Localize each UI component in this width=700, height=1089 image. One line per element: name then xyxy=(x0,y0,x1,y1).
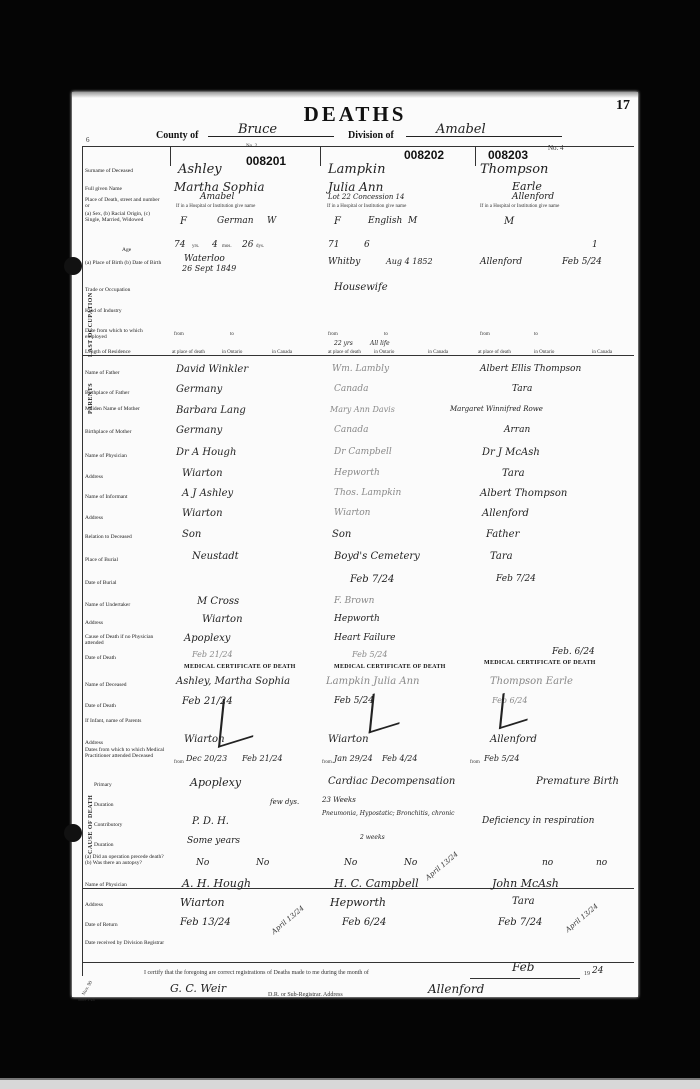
label-relation: Relation to Deceased xyxy=(85,534,165,540)
certification-text: I certify that the foregoing are correct… xyxy=(144,970,369,976)
informant-address-value: Wiarton xyxy=(334,508,370,518)
father-value: Albert Ellis Thompson xyxy=(480,364,581,374)
place-of-death-value: Lot 22 Concession 14 xyxy=(328,193,404,201)
label-employed: Date from which to which employed xyxy=(85,328,165,340)
label-received: Date received by Division Registrar xyxy=(85,940,165,946)
physician-value: Dr J McAsh xyxy=(482,447,540,458)
label-sign-physician: Name of Physician xyxy=(85,882,165,888)
informant-value: A J Ashley xyxy=(182,488,233,499)
certificate-stamp: April 13/24 xyxy=(564,902,600,934)
mc-name-value: Lampkin Julia Ann xyxy=(326,676,419,687)
label-sex-race: (a) Sex, (b) Racial Origin, (c) Single, … xyxy=(85,211,165,223)
label-industry: Kind of Industry xyxy=(85,308,165,314)
grid-left-line xyxy=(82,146,83,976)
burial-place-value: Tara xyxy=(490,551,513,562)
label-full-name: Full given Name xyxy=(85,186,165,192)
month-line xyxy=(470,978,580,979)
residence-canada-label: in Canada xyxy=(272,350,292,355)
residence-ontario-value: All life xyxy=(370,340,390,347)
contributory-cause-value: Pneumonia, Hypostatic; Bronchitis, chron… xyxy=(322,810,472,817)
mother-value: Margaret Winnifred Rowe xyxy=(450,405,543,413)
registration-number: 008201 xyxy=(246,154,286,168)
mc-to-value: Feb 4/24 xyxy=(382,754,417,763)
record-no-label: No. 4 xyxy=(548,144,564,152)
label-return-date: Date of Return xyxy=(85,922,165,928)
birth-place-value: Whitby xyxy=(328,257,360,267)
status-value: M xyxy=(408,216,417,226)
unit-label: dys. xyxy=(256,244,264,249)
checkmark-icon xyxy=(499,685,531,730)
given-name-value: Julia Ann xyxy=(328,180,383,194)
residence-place-label: at place of death xyxy=(328,350,361,355)
informant-value: Thos. Lampkin xyxy=(334,488,401,498)
mc-name-value: Ashley, Martha Sophia xyxy=(176,676,290,687)
label-informant-address: Address xyxy=(85,515,165,521)
return-date-value: Feb 7/24 xyxy=(498,917,542,928)
sex-value: M xyxy=(504,216,514,227)
residence-place-label: at place of death xyxy=(478,350,511,355)
age-days-value: 1 xyxy=(592,240,598,250)
death-register-page: DEATHS 17 6 County of Bruce Division of … xyxy=(72,92,638,997)
label-father: Name of Father xyxy=(85,370,165,376)
hospital-note: If in a Hospital or Institution give nam… xyxy=(176,204,255,209)
race-value: English xyxy=(368,216,402,226)
label-duration2: Duration xyxy=(94,842,174,848)
primary-cause-value: Cardiac Decompensation xyxy=(328,776,455,787)
sign-physician-value: A. H. Hough xyxy=(182,877,251,890)
residence-place-value: 22 yrs xyxy=(334,340,353,347)
birth-date-value: 26 Sept 1849 xyxy=(182,264,236,273)
from-label: from xyxy=(328,332,338,337)
sign-address-value: Hepworth xyxy=(330,896,386,909)
label-sign-address: Address xyxy=(85,902,165,908)
place-of-death-value: Allenford xyxy=(512,192,554,202)
page-number: 17 xyxy=(616,98,630,114)
address-line xyxy=(390,998,530,999)
informant-address-value: Allenford xyxy=(482,508,529,519)
sign-physician-value: H. C. Campbell xyxy=(334,877,419,890)
father-birthplace-value: Germany xyxy=(176,384,222,395)
age-months-value: 6 xyxy=(364,240,370,250)
label-undertaker-address: Address xyxy=(85,620,165,626)
operation-value: no xyxy=(542,858,553,868)
age-years-value: 71 xyxy=(328,240,339,250)
birth-date-value: Aug 4 1852 xyxy=(386,257,433,266)
label-father-birthplace: Birthplace of Father xyxy=(85,390,165,396)
mother-birthplace-value: Canada xyxy=(334,425,369,435)
certificate-stamp: April 13/24 xyxy=(270,904,306,936)
contributory-cause-value: Deficiency in respiration xyxy=(482,816,594,826)
autopsy-value: no xyxy=(596,858,607,868)
certificate-stamp: April 13/24 xyxy=(424,850,460,882)
county-value: Bruce xyxy=(238,122,277,137)
label-physician-address: Address xyxy=(85,474,165,480)
label-surname: Surname of Deceased xyxy=(85,168,165,174)
certification-year: 24 xyxy=(592,966,603,976)
col-divider xyxy=(170,146,171,166)
trade-value: Housewife xyxy=(334,282,388,293)
label-duration: Duration xyxy=(94,802,174,808)
label-mc-infant: If Infant, name of Parents xyxy=(85,718,165,724)
unit-label: mos. xyxy=(222,244,232,249)
duration2-value: 2 weeks xyxy=(360,834,385,841)
label-primary: Primary xyxy=(94,782,174,788)
duration-value: 23 Weeks xyxy=(322,796,356,804)
birth-date-value: Feb 5/24 xyxy=(562,257,602,267)
autopsy-value: No xyxy=(404,858,417,868)
duration2-value: Some years xyxy=(187,836,240,846)
father-birthplace-value: Tara xyxy=(512,384,532,394)
label-residence: Length of Residence xyxy=(85,349,165,355)
label-physician: Name of Physician xyxy=(85,453,165,459)
burial-date-value: Feb 7/24 xyxy=(496,574,536,584)
label-burial-place: Place of Burial xyxy=(85,557,165,563)
primary-cause-value: Premature Birth xyxy=(536,776,619,787)
physician-address-value: Tara xyxy=(502,468,525,479)
scanner-bottom-edge xyxy=(0,1078,700,1089)
undertaker-address-value: Wiarton xyxy=(202,614,243,625)
label-operation: (a) Did an operation precede death? (b) … xyxy=(85,854,165,866)
burial-place-value: Boyd's Cemetery xyxy=(334,551,420,562)
registrar-label: D.R. or Sub-Registrar. Address xyxy=(268,992,343,998)
sign-physician-value: John McAsh xyxy=(492,877,559,890)
mc-from-value: Dec 20/23 xyxy=(186,754,227,763)
residence-canada-label: in Canada xyxy=(428,350,448,355)
death-date-value: Feb 5/24 xyxy=(352,650,387,659)
to-label: to xyxy=(534,332,538,337)
footer-line xyxy=(82,962,634,963)
death-date-value: Feb 21/24 xyxy=(192,650,233,659)
return-date-value: Feb 13/24 xyxy=(180,917,231,928)
label-mc-death-date: Date of Death xyxy=(85,703,165,709)
label-mc-address: Address xyxy=(85,740,165,746)
to-label: to xyxy=(230,332,234,337)
age-years-value: 74 xyxy=(174,240,185,250)
page-edge-shadow xyxy=(72,92,638,98)
label-trade: Trade or Occupation xyxy=(85,287,165,293)
death-date-value: Feb. 6/24 xyxy=(552,647,595,657)
label-cause-no-physician: Cause of Death if no Physician attended xyxy=(85,634,165,646)
informant-address-value: Wiarton xyxy=(182,508,223,519)
sign-address-value: Tara xyxy=(512,896,535,907)
corner-mark: 6 xyxy=(86,136,90,144)
contributory-cause-value: P. D. H. xyxy=(192,816,229,827)
return-date-value: Feb 6/24 xyxy=(342,917,386,928)
year-prefix: 19 xyxy=(584,971,590,977)
residence-line xyxy=(82,355,634,356)
label-contributory: Contributory xyxy=(94,822,174,828)
mother-value: Mary Ann Davis xyxy=(330,405,395,414)
father-value: David Winkler xyxy=(176,364,248,375)
burial-place-value: Neustadt xyxy=(192,551,239,562)
duration-value: few dys. xyxy=(270,798,299,806)
division-field: Amabel xyxy=(406,122,562,137)
county-label: County of xyxy=(156,130,199,141)
registrar-signature: G. C. Weir xyxy=(170,982,226,995)
surname-value: Lampkin xyxy=(328,162,385,177)
surname-value: Thompson xyxy=(480,162,548,177)
operation-value: No xyxy=(344,858,357,868)
record-no-label: No. 2 xyxy=(246,144,257,149)
registrar-line xyxy=(132,998,262,999)
certification-month: Feb xyxy=(512,960,534,974)
label-undertaker: Name of Undertaker xyxy=(85,602,165,608)
side-note: Nov. 90 xyxy=(82,980,94,996)
hospital-note: If in a Hospital or Institution give nam… xyxy=(480,204,559,209)
mc-from-value: Feb 5/24 xyxy=(484,754,519,763)
label-mother: Maiden Name of Mother xyxy=(85,406,165,412)
from-label: from xyxy=(480,332,490,337)
to-label: to xyxy=(384,332,388,337)
mc-heading-1: MEDICAL CERTIFICATE OF DEATH xyxy=(184,664,296,670)
mc-from-value: Jan 29/24 xyxy=(334,754,373,763)
age-days-value: 26 xyxy=(242,240,253,250)
residence-ontario-label: in Ontario xyxy=(534,350,554,355)
relation-value: Father xyxy=(486,529,519,540)
county-field: Bruce xyxy=(208,122,334,137)
sex-value: F xyxy=(334,216,341,227)
place-of-death-value: Amabel xyxy=(200,192,234,202)
checkmark-icon xyxy=(369,684,404,733)
form-code: 8089-1-24 xyxy=(78,997,95,1002)
primary-cause-value: Apoplexy xyxy=(190,776,241,789)
label-age: Age xyxy=(122,247,202,253)
physician-address-value: Hepworth xyxy=(334,468,380,478)
from-label: from xyxy=(174,760,184,765)
from-label: from xyxy=(174,332,184,337)
mc-address-value: Wiarton xyxy=(328,734,369,745)
residence-ontario-label: in Ontario xyxy=(222,350,242,355)
label-death-date: Date of Death xyxy=(85,655,165,661)
cause-no-physician-value: Heart Failure xyxy=(334,633,396,643)
father-birthplace-value: Canada xyxy=(334,384,369,394)
physician-address-value: Wiarton xyxy=(182,468,223,479)
father-value: Wm. Lambly xyxy=(332,364,389,374)
surname-value: Ashley xyxy=(178,162,222,177)
label-place-of-death: Place of Death, street and number or xyxy=(85,197,165,209)
mc-address-value: Allenford xyxy=(490,734,537,745)
side-label-occupation: LAST OCCUPATION xyxy=(88,292,94,357)
sex-value: F xyxy=(180,216,187,227)
mc-name-value: Thompson Earle xyxy=(490,676,573,687)
col-divider xyxy=(475,146,476,166)
status-value: W xyxy=(267,216,276,226)
burial-date-value: Feb 7/24 xyxy=(350,574,394,585)
physician-value: Dr Campbell xyxy=(334,447,392,457)
label-birth: (a) Place of Birth (b) Date of Birth xyxy=(85,260,165,266)
physician-value: Dr A Hough xyxy=(176,447,236,458)
informant-value: Albert Thompson xyxy=(480,488,567,499)
cause-no-physician-value: Apoplexy xyxy=(184,633,230,644)
punch-hole xyxy=(64,257,82,275)
mother-birthplace-value: Arran xyxy=(504,425,530,435)
label-informant: Name of Informant xyxy=(85,494,165,500)
mc-heading-3: MEDICAL CERTIFICATE OF DEATH xyxy=(484,660,596,666)
division-value: Amabel xyxy=(436,122,486,137)
division-label: Division of xyxy=(348,130,394,141)
punch-hole xyxy=(64,824,82,842)
mc-heading-2: MEDICAL CERTIFICATE OF DEATH xyxy=(334,664,446,670)
relation-value: Son xyxy=(182,529,201,540)
relation-value: Son xyxy=(332,529,351,540)
birth-place-value: Waterloo xyxy=(184,254,225,264)
operation-value: No xyxy=(196,858,209,868)
from-label: from xyxy=(322,760,332,765)
birth-place-value: Allenford xyxy=(480,257,522,267)
registration-number: 008203 xyxy=(488,148,528,162)
mother-birthplace-value: Germany xyxy=(176,425,222,436)
residence-place-label: at place of death xyxy=(172,350,205,355)
label-mc-name: Name of Deceased xyxy=(85,682,165,688)
col-divider xyxy=(320,146,321,166)
undertaker-address-value: Hepworth xyxy=(334,614,380,624)
residence-ontario-label: in Ontario xyxy=(374,350,394,355)
unit-label: yrs. xyxy=(192,244,199,249)
label-mc-dates: Dates from which to which Medical Practi… xyxy=(85,747,165,759)
label-mother-birthplace: Birthplace of Mother xyxy=(85,429,165,435)
age-months-value: 4 xyxy=(212,240,218,250)
undertaker-value: M Cross xyxy=(197,596,239,607)
registration-number: 008202 xyxy=(404,148,444,162)
registrar-address: Allenford xyxy=(428,982,484,996)
mc-to-value: Feb 21/24 xyxy=(242,754,283,763)
sign-address-value: Wiarton xyxy=(180,896,225,909)
hospital-note: If in a Hospital or Institution give nam… xyxy=(327,204,406,209)
autopsy-value: No xyxy=(256,858,269,868)
residence-canada-label: in Canada xyxy=(592,350,612,355)
race-value: German xyxy=(217,216,254,226)
undertaker-value: F. Brown xyxy=(334,596,374,606)
from-label: from xyxy=(470,760,480,765)
mother-value: Barbara Lang xyxy=(176,405,246,416)
mc-death-date-value: Feb 5/24 xyxy=(334,696,374,706)
label-burial-date: Date of Burial xyxy=(85,580,165,586)
